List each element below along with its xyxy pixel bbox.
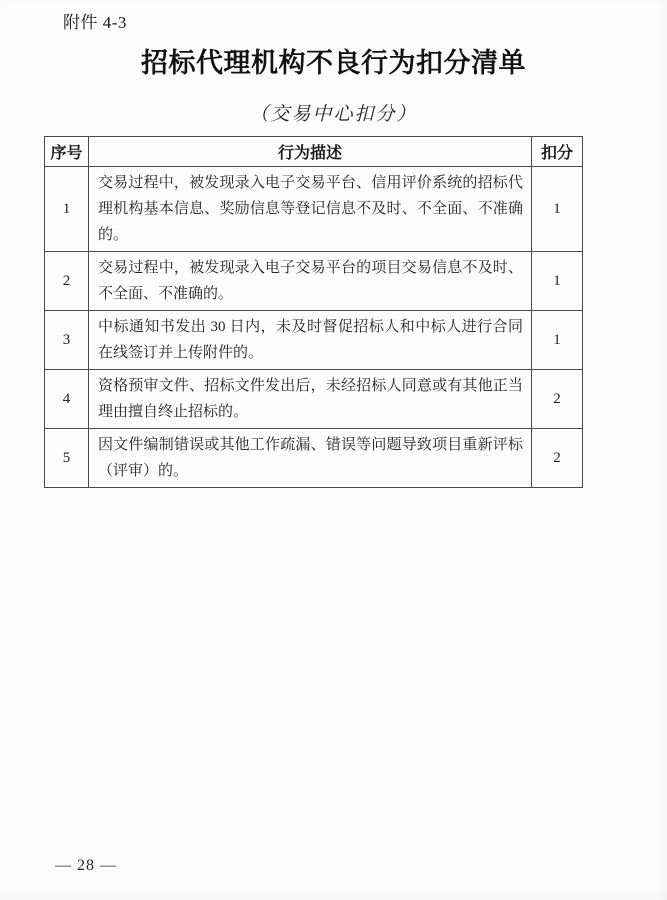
row-deduction-cell: 2 — [532, 370, 583, 429]
table-row: 3 中标通知书发出 30 日内，未及时督促招标人和中标人进行合同在线签订并上传附… — [45, 311, 583, 370]
table-row: 2 交易过程中，被发现录入电子交易平台的项目交易信息不及时、不全面、不准确的。 … — [45, 252, 583, 311]
table-row: 1 交易过程中，被发现录入电子交易平台、信用评价系统的招标代理机构基本信息、奖励… — [45, 167, 583, 252]
document-title: 招标代理机构不良行为扣分清单 — [0, 41, 667, 80]
row-description-cell: 因文件编制错误或其他工作疏漏、错误等问题导致项目重新评标（评审）的。 — [89, 429, 532, 488]
row-number-cell: 4 — [45, 370, 89, 429]
table-row: 5 因文件编制错误或其他工作疏漏、错误等问题导致项目重新评标（评审）的。 2 — [45, 429, 583, 488]
attachment-label: 附件 4-3 — [63, 8, 127, 33]
row-deduction-cell: 1 — [532, 167, 583, 252]
row-deduction-cell: 1 — [532, 252, 583, 311]
row-number-cell: 3 — [45, 311, 89, 370]
row-number-cell: 2 — [45, 252, 89, 311]
row-description-cell: 交易过程中，被发现录入电子交易平台、信用评价系统的招标代理机构基本信息、奖励信息… — [89, 167, 532, 252]
table-header-row: 序号 行为描述 扣分 — [45, 137, 583, 167]
row-description-cell: 中标通知书发出 30 日内，未及时督促招标人和中标人进行合同在线签订并上传附件的… — [89, 311, 532, 370]
table-row: 4 资格预审文件、招标文件发出后，未经招标人同意或有其他正当理由擅自终止招标的。… — [45, 370, 583, 429]
row-description-cell: 交易过程中，被发现录入电子交易平台的项目交易信息不及时、不全面、不准确的。 — [89, 252, 532, 311]
document-subtitle: （交易中心扣分） — [0, 99, 667, 126]
row-description-cell: 资格预审文件、招标文件发出后，未经招标人同意或有其他正当理由擅自终止招标的。 — [89, 370, 532, 429]
row-number-cell: 1 — [45, 167, 89, 252]
header-behavior-description: 行为描述 — [89, 137, 532, 167]
document-page: 附件 4-3 招标代理机构不良行为扣分清单 （交易中心扣分） 序号 行为描述 扣… — [0, 0, 667, 900]
deduction-table: 序号 行为描述 扣分 1 交易过程中，被发现录入电子交易平台、信用评价系统的招标… — [44, 136, 583, 488]
page-number: — 28 — — [55, 857, 117, 875]
row-deduction-cell: 1 — [532, 311, 583, 370]
row-deduction-cell: 2 — [532, 429, 583, 488]
header-serial-number: 序号 — [45, 137, 89, 167]
row-number-cell: 5 — [45, 429, 89, 488]
header-deduction-points: 扣分 — [532, 137, 583, 167]
